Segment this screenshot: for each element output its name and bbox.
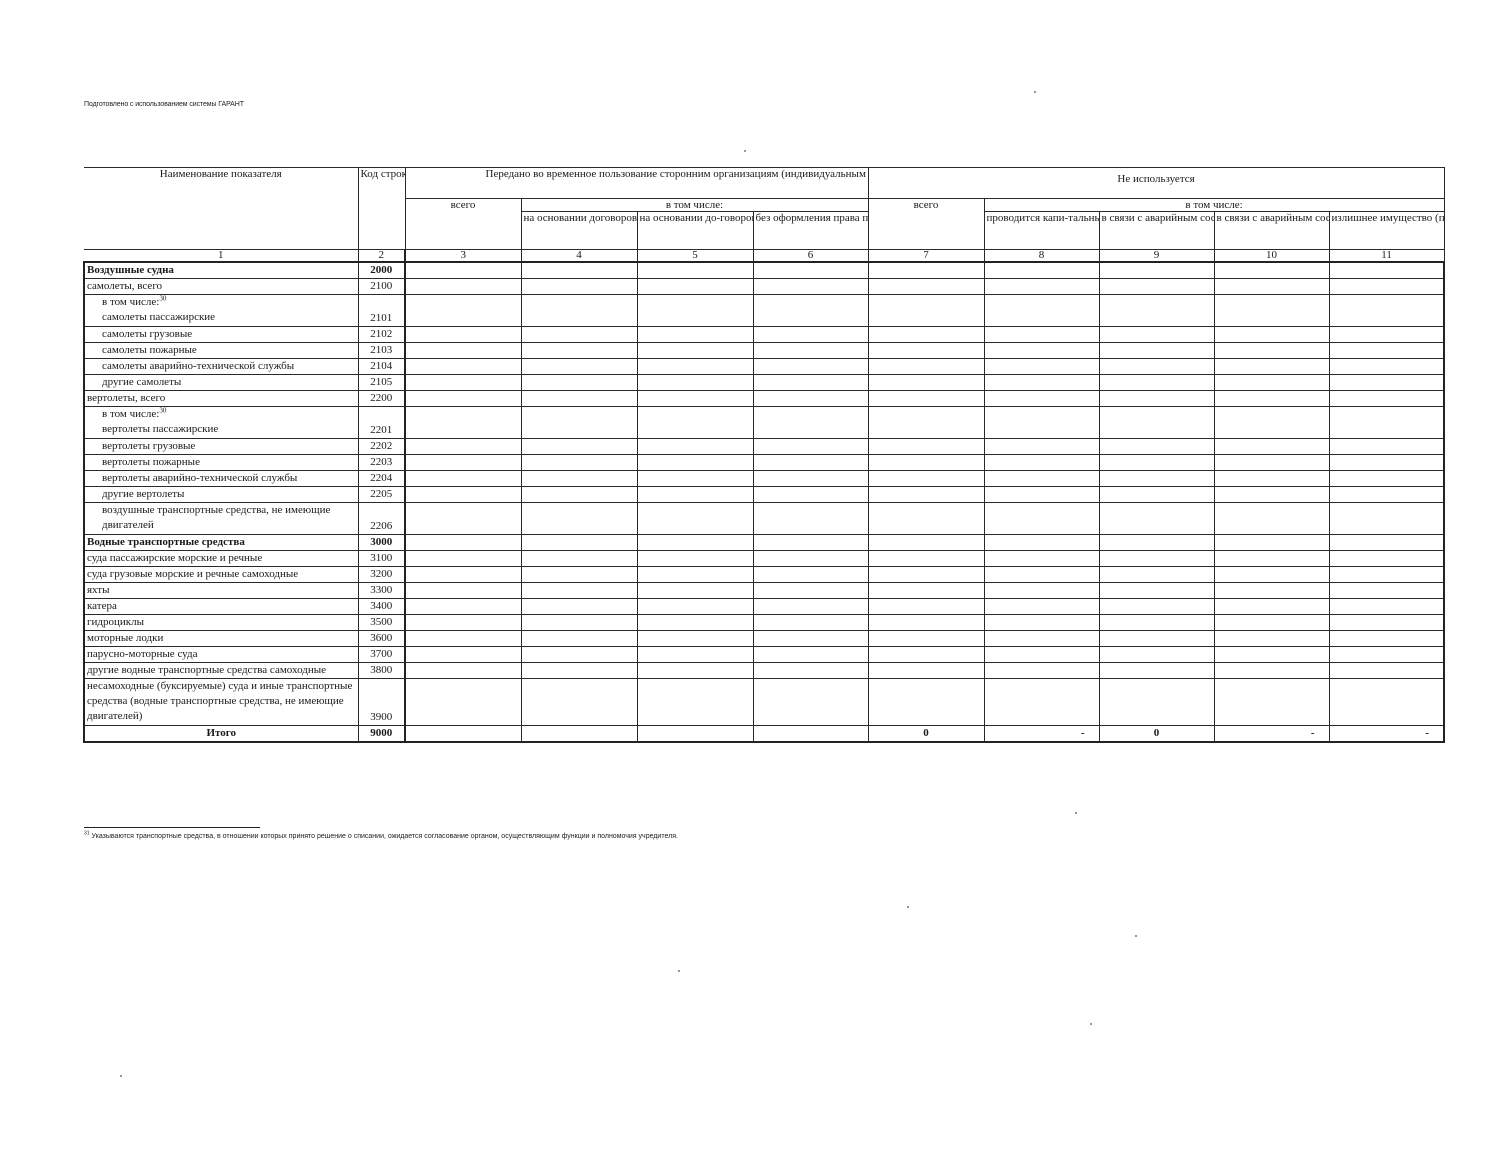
value-cell-col-3[interactable] [405,327,521,343]
scan-speck [1135,935,1137,937]
column-numbers-row: 1234567891011 [84,250,1444,263]
value-cell-col-10[interactable] [1214,567,1329,583]
value-cell-col-5[interactable] [637,631,753,647]
value-cell-col-4[interactable] [521,615,637,631]
value-cell-col-9[interactable] [1099,295,1214,327]
value-cell-col-11[interactable] [1329,359,1444,375]
value-cell-col-6[interactable] [753,279,868,295]
header-not-used-total: всего [868,199,984,250]
value-cell-col-9[interactable] [1099,262,1214,279]
value-cell-col-11[interactable]: - [1329,726,1444,743]
value-cell-col-10[interactable] [1214,551,1329,567]
value-cell-col-8[interactable] [984,647,1099,663]
value-cell-col-9[interactable] [1099,375,1214,391]
row-code: 3800 [358,663,405,679]
value-cell-col-10[interactable] [1214,295,1329,327]
value-cell-col-6[interactable] [753,262,868,279]
value-cell-col-3[interactable] [405,343,521,359]
value-cell-col-4[interactable] [521,599,637,615]
value-cell-col-6[interactable] [753,455,868,471]
column-number: 4 [521,250,637,263]
value-cell-col-10[interactable] [1214,535,1329,551]
indicator-name: в том числе:30вертолеты пассажирские [84,407,358,439]
footnote-ref-30[interactable]: 30 [159,295,166,303]
value-cell-col-8[interactable] [984,615,1099,631]
value-cell-col-3[interactable] [405,535,521,551]
value-cell-col-10[interactable] [1214,359,1329,375]
value-cell-col-5[interactable] [637,327,753,343]
value-cell-col-7[interactable] [868,615,984,631]
value-cell-col-8[interactable] [984,439,1099,455]
row-code: 2206 [358,503,405,535]
value-cell-col-9[interactable] [1099,599,1214,615]
value-cell-col-7[interactable] [868,455,984,471]
indicator-name: суда грузовые морские и речные самоходны… [84,567,358,583]
value-cell-col-4[interactable] [521,391,637,407]
row-code: 2102 [358,327,405,343]
value-cell-col-5[interactable] [637,471,753,487]
value-cell-col-8[interactable] [984,583,1099,599]
row-code: 2200 [358,391,405,407]
value-cell-col-7[interactable] [868,503,984,535]
column-number: 2 [358,250,405,263]
value-cell-col-11[interactable] [1329,439,1444,455]
row-code: 3100 [358,551,405,567]
header-surplus-property: излишнее имущество (подлежит передаче в … [1329,212,1444,250]
indicator-name: яхты [84,583,358,599]
value-cell-col-9[interactable] [1099,535,1214,551]
indicator-name: воздушные транспортные средства, не имею… [84,503,358,535]
value-cell-col-8[interactable] [984,279,1099,295]
value-cell-col-5[interactable] [637,679,753,726]
header-no-rights-registration: без оформления права пользования [753,212,868,250]
indicator-name: другие самолеты [84,375,358,391]
value-cell-col-3[interactable] [405,583,521,599]
value-cell-col-3[interactable] [405,375,521,391]
value-cell-col-5[interactable] [637,663,753,679]
value-cell-col-3[interactable] [405,439,521,455]
value-cell-col-6[interactable] [753,391,868,407]
table-row: самолеты грузовые2102 [84,327,1444,343]
value-cell-col-8[interactable] [984,535,1099,551]
table-row: гидроциклы3500 [84,615,1444,631]
value-cell-col-7[interactable] [868,295,984,327]
value-cell-col-11[interactable] [1329,279,1444,295]
value-cell-col-7[interactable] [868,647,984,663]
indicator-name: самолеты пожарные [84,343,358,359]
value-cell-col-9[interactable] [1099,615,1214,631]
indicator-name: другие вертолеты [84,487,358,503]
value-cell-col-7[interactable] [868,439,984,455]
value-cell-col-3[interactable] [405,295,521,327]
value-cell-col-11[interactable] [1329,503,1444,535]
value-cell-col-3[interactable] [405,551,521,567]
value-cell-col-8[interactable] [984,631,1099,647]
value-cell-col-11[interactable] [1329,583,1444,599]
value-cell-col-10[interactable] [1214,487,1329,503]
indicator-name-text: другие вертолеты [102,488,184,500]
value-cell-col-7[interactable] [868,487,984,503]
value-cell-col-3[interactable] [405,407,521,439]
value-cell-col-11[interactable] [1329,327,1444,343]
value-cell-col-6[interactable] [753,471,868,487]
table-row: вертолеты, всего2200 [84,391,1444,407]
table-row: вертолеты грузовые2202 [84,439,1444,455]
footnote-ref-30[interactable]: 30 [159,407,166,415]
column-number: 8 [984,250,1099,263]
value-cell-col-11[interactable] [1329,487,1444,503]
value-cell-col-8[interactable] [984,295,1099,327]
value-cell-col-8[interactable] [984,375,1099,391]
value-cell-col-6[interactable] [753,327,868,343]
value-cell-col-9[interactable]: 0 [1099,726,1214,743]
value-cell-col-10[interactable] [1214,583,1329,599]
value-cell-col-4[interactable] [521,647,637,663]
value-cell-col-6[interactable] [753,615,868,631]
value-cell-col-5[interactable] [637,359,753,375]
value-cell-col-5[interactable] [637,599,753,615]
value-cell-col-10[interactable] [1214,503,1329,535]
indicator-name-text: вертолеты аварийно-технической службы [102,472,297,484]
value-cell-col-8[interactable] [984,455,1099,471]
value-cell-col-5[interactable] [637,439,753,455]
value-cell-col-10[interactable] [1214,471,1329,487]
value-cell-col-4[interactable] [521,262,637,279]
indicator-name-text: суда грузовые морские и речные самоходны… [87,568,298,580]
value-cell-col-8[interactable] [984,567,1099,583]
value-cell-col-7[interactable] [868,327,984,343]
value-cell-col-5[interactable] [637,375,753,391]
indicator-name: Водные транспортные средства [84,535,358,551]
value-cell-col-11[interactable] [1329,535,1444,551]
value-cell-col-8[interactable] [984,471,1099,487]
value-cell-col-7[interactable] [868,279,984,295]
value-cell-col-3[interactable] [405,663,521,679]
table-row: вертолеты пожарные2203 [84,455,1444,471]
value-cell-col-3[interactable] [405,487,521,503]
value-cell-col-3[interactable] [405,455,521,471]
column-number: 10 [1214,250,1329,263]
value-cell-col-5[interactable] [637,726,753,743]
value-cell-col-6[interactable] [753,503,868,535]
table-row: Воздушные судна2000 [84,262,1444,279]
row-code: 3600 [358,631,405,647]
value-cell-col-5[interactable] [637,455,753,471]
indicator-name-text: Итого [206,727,236,739]
value-cell-col-3[interactable] [405,391,521,407]
value-cell-col-11[interactable] [1329,262,1444,279]
value-cell-col-5[interactable] [637,343,753,359]
value-cell-col-5[interactable] [637,615,753,631]
value-cell-col-8[interactable] [984,551,1099,567]
indicator-name-text: яхты [87,584,109,596]
value-cell-col-8[interactable] [984,327,1099,343]
value-cell-col-11[interactable] [1329,631,1444,647]
value-cell-col-10[interactable] [1214,375,1329,391]
value-cell-col-4[interactable] [521,359,637,375]
value-cell-col-7[interactable] [868,375,984,391]
value-cell-col-4[interactable] [521,439,637,455]
value-cell-col-7[interactable] [868,262,984,279]
value-cell-col-11[interactable] [1329,663,1444,679]
value-cell-col-6[interactable] [753,295,868,327]
row-code: 2103 [358,343,405,359]
value-cell-col-8[interactable] [984,262,1099,279]
value-cell-col-10[interactable] [1214,599,1329,615]
value-cell-col-10[interactable] [1214,439,1329,455]
value-cell-col-9[interactable] [1099,439,1214,455]
indicator-name: гидроциклы [84,615,358,631]
value-cell-col-4[interactable] [521,679,637,726]
value-cell-col-8[interactable] [984,503,1099,535]
value-cell-col-10[interactable] [1214,647,1329,663]
value-cell-col-6[interactable] [753,535,868,551]
value-cell-col-4[interactable] [521,551,637,567]
value-cell-col-6[interactable] [753,583,868,599]
indicator-name-text: самолеты пожарные [102,344,197,356]
indicator-name: самолеты грузовые [84,327,358,343]
value-cell-col-9[interactable] [1099,471,1214,487]
column-number: 6 [753,250,868,263]
value-cell-col-5[interactable] [637,487,753,503]
value-cell-col-8[interactable] [984,663,1099,679]
value-cell-col-6[interactable] [753,567,868,583]
value-cell-col-3[interactable] [405,262,521,279]
value-cell-col-11[interactable] [1329,647,1444,663]
value-cell-col-9[interactable] [1099,343,1214,359]
value-cell-col-8[interactable] [984,391,1099,407]
indicator-name-text: воздушные транспортные средства, не имею… [102,504,330,531]
value-cell-col-10[interactable] [1214,391,1329,407]
value-cell-col-10[interactable] [1214,327,1329,343]
indicator-name: суда пассажирские морские и речные [84,551,358,567]
value-cell-col-7[interactable] [868,663,984,679]
value-cell-col-4[interactable] [521,726,637,743]
indicator-name-text: самолеты, всего [87,280,162,292]
including-prefix-text: в том числе: [102,408,159,420]
row-code: 2201 [358,407,405,439]
value-cell-col-5[interactable] [637,262,753,279]
table-row: парусно-моторные суда3700 [84,647,1444,663]
value-cell-col-7[interactable] [868,471,984,487]
row-code: 2204 [358,471,405,487]
value-cell-col-8[interactable] [984,407,1099,439]
value-cell-col-5[interactable] [637,567,753,583]
value-cell-col-4[interactable] [521,407,637,439]
value-cell-col-11[interactable] [1329,407,1444,439]
header-indicator-name: Наименование показателя [84,168,358,250]
footnote-separator [84,827,260,828]
value-cell-col-8[interactable]: - [984,726,1099,743]
value-cell-col-9[interactable] [1099,407,1214,439]
value-cell-col-10[interactable] [1214,663,1329,679]
value-cell-col-5[interactable] [637,391,753,407]
table-row: суда грузовые морские и речные самоходны… [84,567,1444,583]
value-cell-col-5[interactable] [637,583,753,599]
value-cell-col-7[interactable] [868,679,984,726]
column-number: 1 [84,250,358,263]
indicator-name: несамоходные (буксируемые) суда и иные т… [84,679,358,726]
value-cell-col-3[interactable] [405,726,521,743]
indicator-name-text: вертолеты пожарные [102,456,200,468]
row-code: 2101 [358,295,405,327]
value-cell-col-9[interactable] [1099,567,1214,583]
value-cell-col-6[interactable] [753,647,868,663]
value-cell-col-11[interactable] [1329,471,1444,487]
value-cell-col-6[interactable] [753,439,868,455]
value-cell-col-5[interactable] [637,647,753,663]
value-cell-col-7[interactable] [868,391,984,407]
value-cell-col-11[interactable] [1329,551,1444,567]
value-cell-col-10[interactable] [1214,343,1329,359]
indicator-name-text: вертолеты, всего [87,392,165,404]
value-cell-col-4[interactable] [521,471,637,487]
table-row: несамоходные (буксируемые) суда и иные т… [84,679,1444,726]
value-cell-col-9[interactable] [1099,647,1214,663]
value-cell-col-6[interactable] [753,375,868,391]
value-cell-col-4[interactable] [521,503,637,535]
value-cell-col-8[interactable] [984,487,1099,503]
total-row: Итого90000-0-- [84,726,1444,743]
value-cell-col-11[interactable] [1329,391,1444,407]
value-cell-col-5[interactable] [637,295,753,327]
row-code: 9000 [358,726,405,743]
value-cell-col-11[interactable] [1329,343,1444,359]
value-cell-col-3[interactable] [405,647,521,663]
value-cell-col-4[interactable] [521,567,637,583]
value-cell-col-10[interactable] [1214,455,1329,471]
value-cell-col-10[interactable]: - [1214,726,1329,743]
value-cell-col-9[interactable] [1099,391,1214,407]
value-cell-col-11[interactable] [1329,615,1444,631]
value-cell-col-9[interactable] [1099,359,1214,375]
indicator-name: вертолеты, всего [84,391,358,407]
value-cell-col-11[interactable] [1329,567,1444,583]
table-row: суда пассажирские морские и речные3100 [84,551,1444,567]
value-cell-col-5[interactable] [637,279,753,295]
value-cell-col-9[interactable] [1099,487,1214,503]
value-cell-col-10[interactable] [1214,279,1329,295]
value-cell-col-5[interactable] [637,535,753,551]
value-cell-col-5[interactable] [637,551,753,567]
value-cell-col-9[interactable] [1099,631,1214,647]
table-row: в том числе:30самолеты пассажирские2101 [84,295,1444,327]
header-capital-repair: проводится капи-тальный ремонт и/или рек… [984,212,1099,250]
value-cell-col-9[interactable] [1099,551,1214,567]
value-cell-col-7[interactable] [868,567,984,583]
column-number: 11 [1329,250,1444,263]
value-cell-col-7[interactable] [868,631,984,647]
row-code: 2104 [358,359,405,375]
value-cell-col-4[interactable] [521,535,637,551]
scan-speck [907,906,909,908]
header-transferred-total: всего [405,199,521,250]
value-cell-col-3[interactable] [405,631,521,647]
value-cell-col-6[interactable] [753,359,868,375]
value-cell-col-9[interactable] [1099,327,1214,343]
value-cell-col-3[interactable] [405,567,521,583]
value-cell-col-6[interactable] [753,726,868,743]
value-cell-col-4[interactable] [521,487,637,503]
value-cell-col-3[interactable] [405,503,521,535]
value-cell-col-6[interactable] [753,599,868,615]
value-cell-col-3[interactable] [405,279,521,295]
value-cell-col-9[interactable] [1099,503,1214,535]
value-cell-col-10[interactable] [1214,615,1329,631]
row-code: 3400 [358,599,405,615]
prepared-with-garant-note: Подготовлено с использованием системы ГА… [84,101,244,108]
value-cell-col-7[interactable] [868,343,984,359]
value-cell-col-4[interactable] [521,583,637,599]
indicator-name-text: вертолеты пассажирские [102,423,218,435]
value-cell-col-11[interactable] [1329,455,1444,471]
table-row: воздушные транспортные средства, не имею… [84,503,1444,535]
value-cell-col-7[interactable] [868,407,984,439]
value-cell-col-10[interactable] [1214,631,1329,647]
value-cell-col-7[interactable] [868,599,984,615]
value-cell-col-3[interactable] [405,599,521,615]
value-cell-col-8[interactable] [984,359,1099,375]
value-cell-col-10[interactable] [1214,679,1329,726]
value-cell-col-5[interactable] [637,503,753,535]
value-cell-col-4[interactable] [521,455,637,471]
value-cell-col-3[interactable] [405,471,521,487]
value-cell-col-3[interactable] [405,679,521,726]
value-cell-col-9[interactable] [1099,679,1214,726]
value-cell-col-7[interactable] [868,535,984,551]
value-cell-col-4[interactable] [521,343,637,359]
value-cell-col-7[interactable] [868,583,984,599]
value-cell-col-6[interactable] [753,487,868,503]
value-cell-col-4[interactable] [521,663,637,679]
indicator-name: самолеты аварийно-технической службы [84,359,358,375]
value-cell-col-4[interactable] [521,631,637,647]
value-cell-col-4[interactable] [521,295,637,327]
value-cell-col-11[interactable] [1329,375,1444,391]
value-cell-col-4[interactable] [521,375,637,391]
value-cell-col-11[interactable] [1329,295,1444,327]
value-cell-col-6[interactable] [753,663,868,679]
value-cell-col-8[interactable] [984,679,1099,726]
value-cell-col-3[interactable] [405,615,521,631]
value-cell-col-7[interactable] [868,359,984,375]
value-cell-col-7[interactable]: 0 [868,726,984,743]
value-cell-col-11[interactable] [1329,599,1444,615]
value-cell-col-10[interactable] [1214,262,1329,279]
value-cell-col-8[interactable] [984,599,1099,615]
value-cell-col-3[interactable] [405,359,521,375]
value-cell-col-6[interactable] [753,343,868,359]
value-cell-col-6[interactable] [753,407,868,439]
value-cell-col-7[interactable] [868,551,984,567]
indicator-name: другие водные транспортные средства само… [84,663,358,679]
value-cell-col-6[interactable] [753,679,868,726]
table-row: в том числе:30вертолеты пассажирские2201 [84,407,1444,439]
value-cell-col-5[interactable] [637,407,753,439]
scan-speck [744,150,746,152]
value-cell-col-9[interactable] [1099,279,1214,295]
value-cell-col-4[interactable] [521,327,637,343]
value-cell-col-9[interactable] [1099,663,1214,679]
value-cell-col-8[interactable] [984,343,1099,359]
value-cell-col-9[interactable] [1099,455,1214,471]
value-cell-col-4[interactable] [521,279,637,295]
value-cell-col-6[interactable] [753,631,868,647]
value-cell-col-9[interactable] [1099,583,1214,599]
value-cell-col-11[interactable] [1329,679,1444,726]
value-cell-col-6[interactable] [753,551,868,567]
value-cell-col-10[interactable] [1214,407,1329,439]
